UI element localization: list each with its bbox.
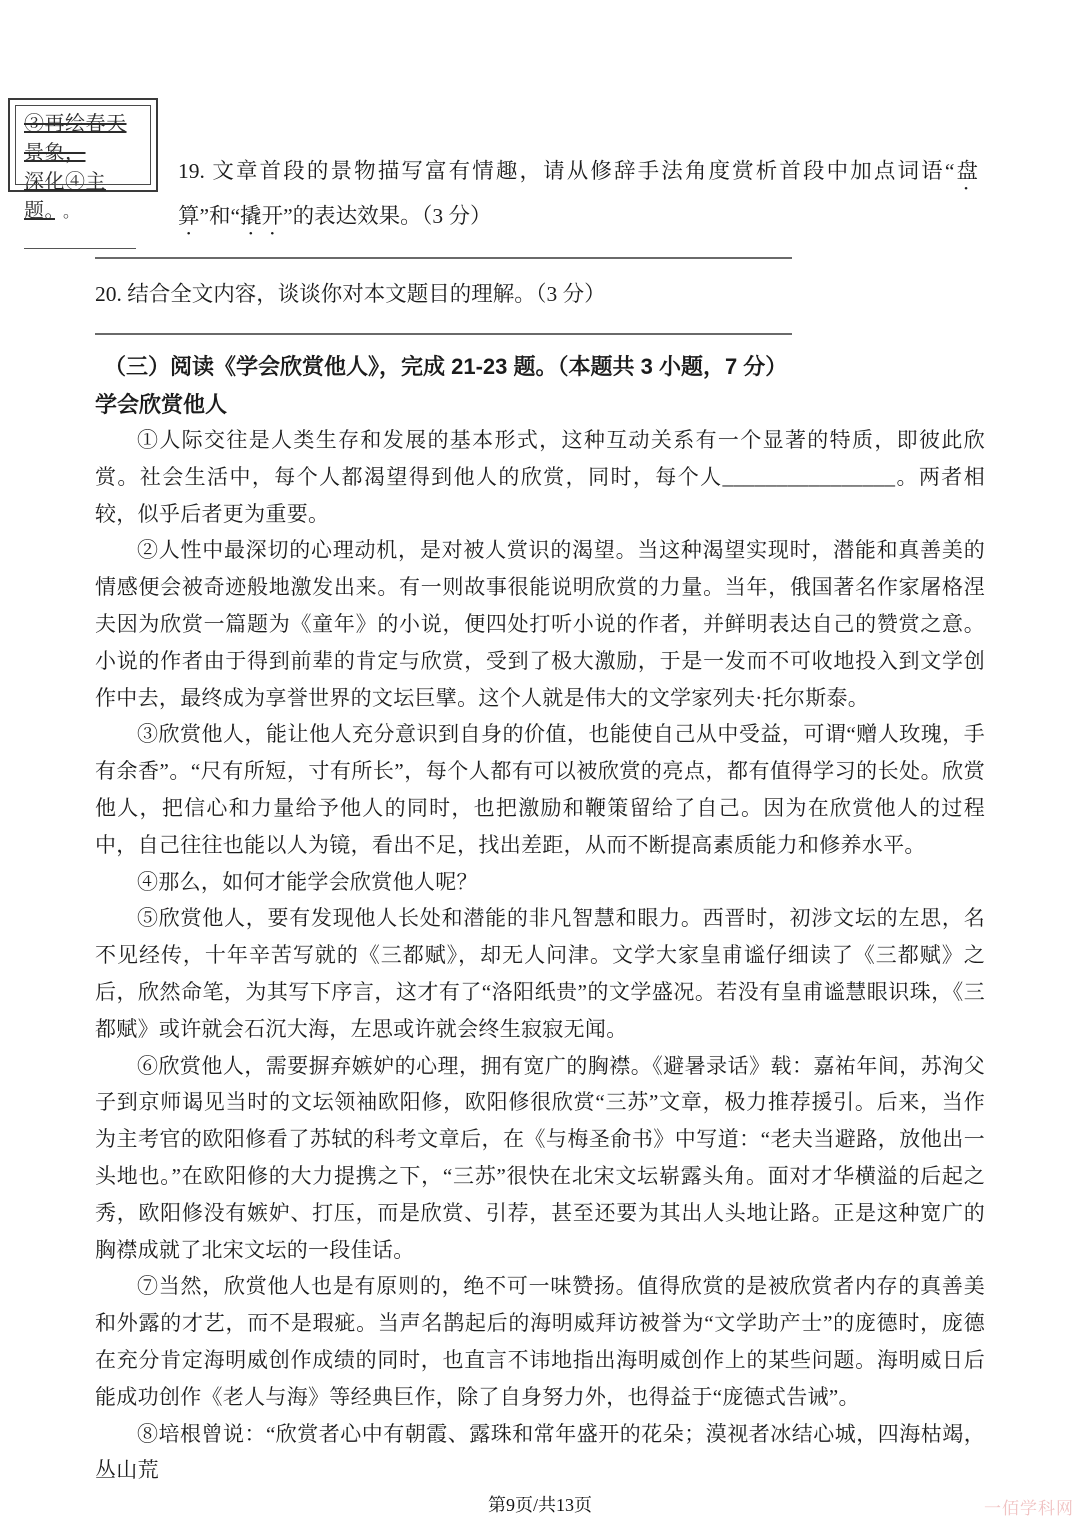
article-title: 学会欣赏他人 <box>95 388 985 422</box>
page-content: 19. 文章首段的景物描写富有情趣，请从修辞手法角度赏析首段中加点词语“盘算”和… <box>95 0 985 1489</box>
question-19-dotted-word-2: 撬开 <box>240 204 283 228</box>
paragraph-4: ④那么，如何才能学会欣赏他人呢？ <box>95 864 985 901</box>
paragraph-5: ⑤欣赏他人，要有发现他人长处和潜能的非凡智慧和眼力。西晋时，初涉文坛的左思，名不… <box>95 900 985 1047</box>
question-19-text: ”和“ <box>200 204 241 228</box>
question-19-text: ”的表达效果。（3 分） <box>283 204 491 228</box>
question-19-text: 19. 文章首段的景物描写富有情趣，请从修辞手法角度赏析首段中加点词语“ <box>178 159 954 183</box>
question-20: 20. 结合全文内容，谈谈你对本文题目的理解。（3 分） <box>95 273 985 316</box>
annotation-line-2-suffix: 。 <box>63 204 80 221</box>
answer-line <box>95 257 792 259</box>
paragraph-1: ①人际交往是人类生存和发展的基本形式，这种互动关系有一个显著的特质，即彼此欣赏。… <box>95 422 985 532</box>
paragraph-7: ⑦当然，欣赏他人也是有原则的，绝不可一味赞扬。值得欣赏的是被欣赏者内存的真善美和… <box>95 1268 985 1415</box>
paragraph-3: ③欣赏他人，能让他人充分意识到自身的价值，也能使自己从中受益，可谓“赠人玫瑰，手… <box>95 716 985 863</box>
exam-paper-page: ③再绘春天景象， 深化④主题。。 19. 文章首段的景物描写富有情趣，请从修辞手… <box>0 0 1080 1527</box>
paragraph-2: ②人性中最深切的心理动机，是对被人赏识的渴望。当这种渴望实现时，潜能和真善美的情… <box>95 532 985 716</box>
section-heading: （三）阅读《学会欣赏他人》，完成 21-23 题。（本题共 3 小题，7 分） <box>104 346 985 388</box>
question-19: 19. 文章首段的景物描写富有情趣，请从修辞手法角度赏析首段中加点词语“盘算”和… <box>178 150 978 240</box>
page-number: 第9页/共13页 <box>0 1491 1080 1517</box>
reading-passage: 学会欣赏他人 ①人际交往是人类生存和发展的基本形式，这种互动关系有一个显著的特质… <box>95 388 985 1489</box>
answer-line <box>95 333 792 335</box>
paragraph-6: ⑥欣赏他人，需要摒弃嫉妒的心理，拥有宽广的胸襟。《避暑录话》载：嘉祐年间，苏洵父… <box>95 1048 985 1269</box>
paragraph-8: ⑧培根曾说：“欣赏者心中有朝霞、露珠和常年盛开的花朵；漠视者冰结心城，四海枯竭，… <box>95 1416 985 1490</box>
watermark: 一佰学科网 <box>984 1494 1074 1519</box>
